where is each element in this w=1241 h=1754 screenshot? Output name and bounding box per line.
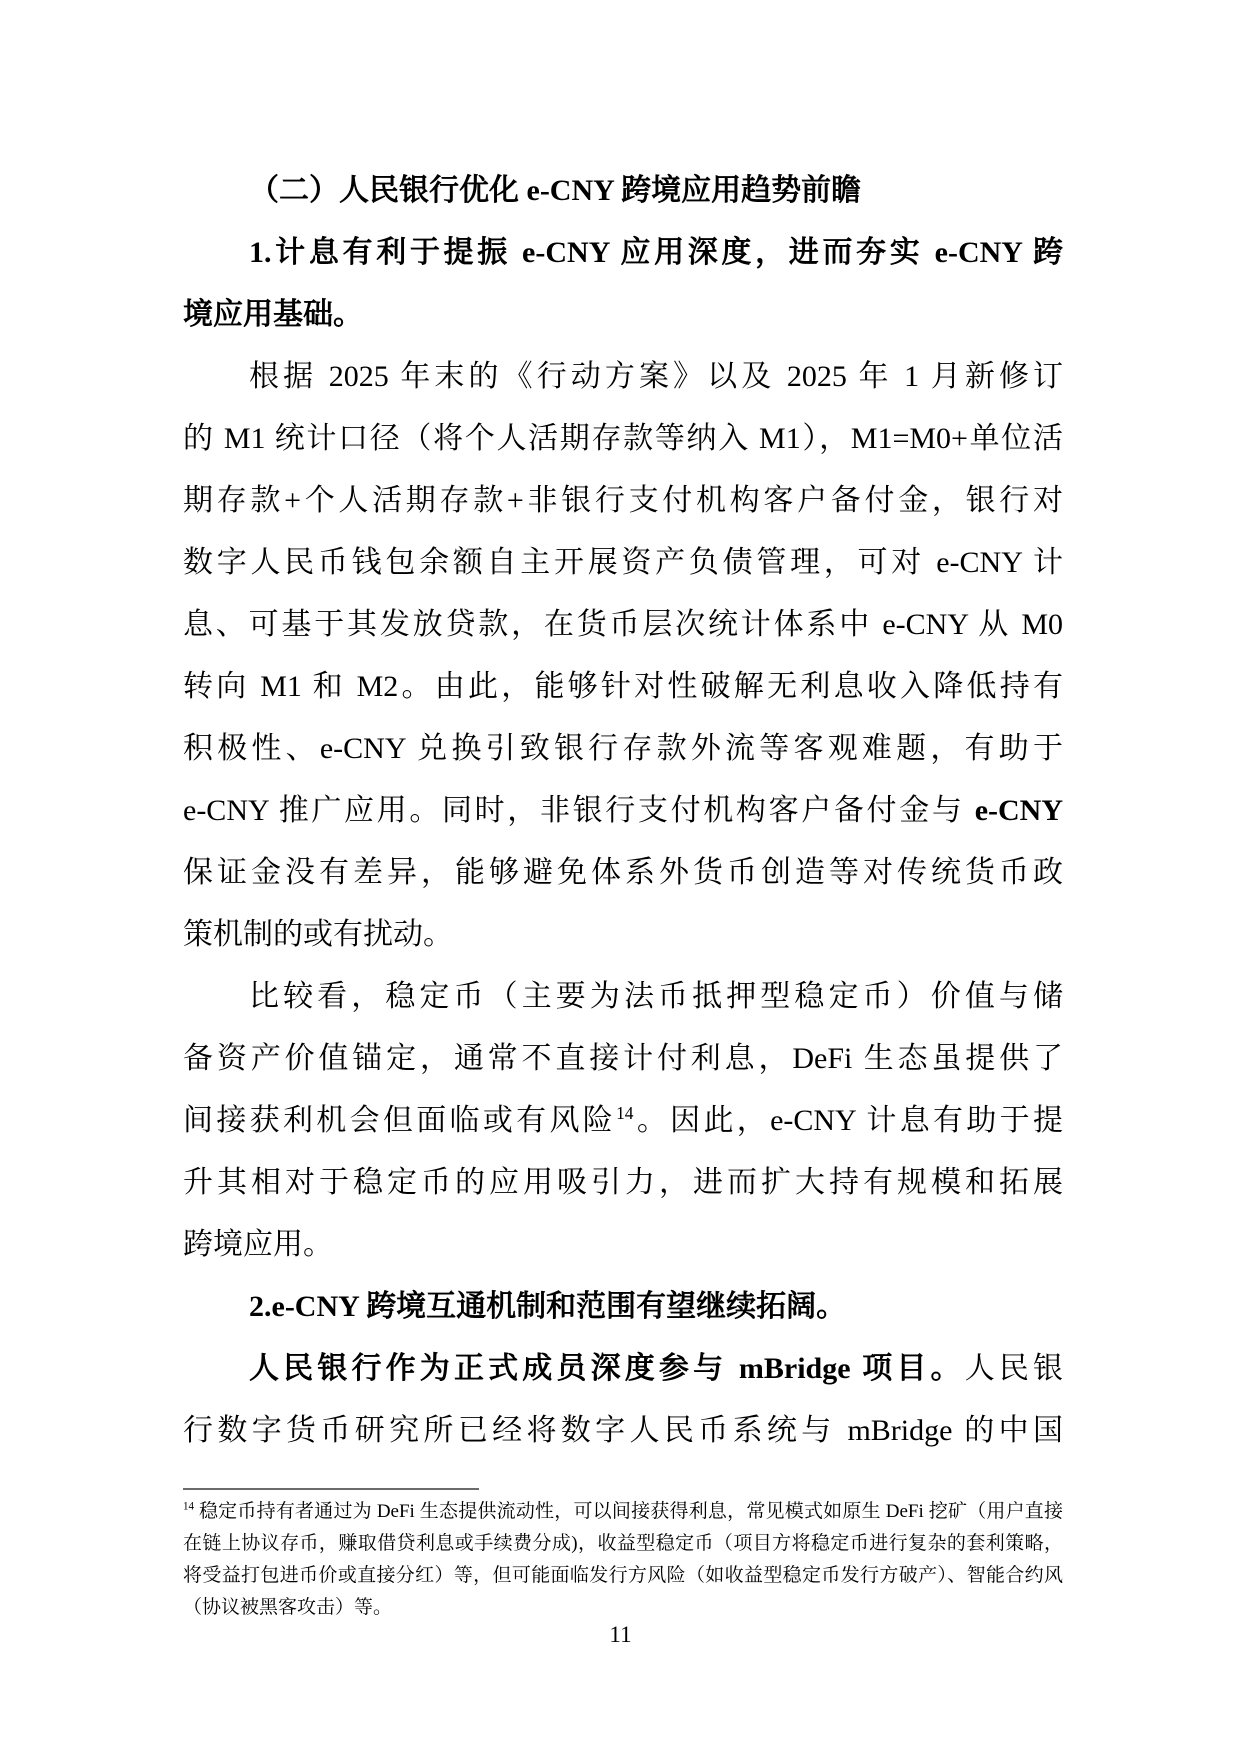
footnote-ref: 14 xyxy=(616,1103,633,1123)
heading-line: 1.计息有利于提振 e-CNY 应用深度，进而夯实 e-CNY 跨 xyxy=(183,222,1063,284)
text-segment: 2.e-CNY 跨境互通机制和范围有望继续拓阔。 xyxy=(249,1290,846,1323)
body-line: 息、可基于其发放贷款，在货币层次统计体系中 e-CNY 从 M0 xyxy=(183,594,1063,656)
page-number: 11 xyxy=(0,1620,1241,1650)
heading-line: 2.e-CNY 跨境互通机制和范围有望继续拓阔。 xyxy=(183,1276,1063,1338)
body-line: 间接获利机会但面临或有风险14。因此，e-CNY 计息有助于提 xyxy=(183,1090,1063,1152)
footnote-block: 14 稳定币持有者通过为 DeFi 生态提供流动性，可以间接获得利息，常见模式如… xyxy=(183,1496,1063,1624)
text-segment: 在链上协议存币，赚取借贷利息或手续费分成)，收益型稳定币（项目方将稳定币进行复杂… xyxy=(183,1533,1063,1560)
body-line: 备资产价值锚定，通常不直接计付利息，DeFi 生态虽提供了 xyxy=(183,1028,1063,1090)
body-line: 数字人民币钱包余额自主开展资产负债管理，可对 e-CNY 计 xyxy=(183,532,1063,594)
body-line: 在链上协议存币，赚取借贷利息或手续费分成)，收益型稳定币（项目方将稳定币进行复杂… xyxy=(183,1528,1063,1560)
text-segment: 跨境应用。 xyxy=(183,1228,333,1261)
body-line: 将受益打包进币价或直接分红）等，但可能面临发行方风险（如收益型稳定币发行方破产）… xyxy=(183,1560,1063,1592)
body-line: e-CNY 推广应用。同时，非银行支付机构客户备付金与 e-CNY xyxy=(183,780,1063,842)
body-line: 积极性、e-CNY 兑换引致银行存款外流等客观难题，有助于 xyxy=(183,718,1063,780)
body-line: 升其相对于稳定币的应用吸引力，进而扩大持有规模和拓展 xyxy=(183,1152,1063,1214)
footnote-ref: 14 xyxy=(183,1501,194,1513)
body-line: 根据 2025 年末的《行动方案》以及 2025 年 1 月新修订 xyxy=(183,346,1063,408)
text-segment: 境应用基础。 xyxy=(183,298,363,331)
body-line: 行数字货币研究所已经将数字人民币系统与 mBridge 的中国 xyxy=(183,1400,1063,1462)
heading-line: （二）人民银行优化 e-CNY 跨境应用趋势前瞻 xyxy=(183,160,1063,222)
text-segment: 将受益打包进币价或直接分红）等，但可能面临发行方风险（如收益型稳定币发行方破产）… xyxy=(183,1565,1063,1592)
text-segment: （协议被黑客攻击）等。 xyxy=(183,1597,392,1618)
text-segment: 稳定币持有者通过为 DeFi 生态提供流动性，可以间接获得利息，常见模式如原生 … xyxy=(194,1501,1063,1522)
text-segment: 息、可基于其发放贷款，在货币层次统计体系中 e-CNY 从 M0 xyxy=(183,608,1063,641)
text-segment: 期存款+个人活期存款+非银行支付机构客户备付金，银行对 xyxy=(183,484,1063,517)
document-body: （二）人民银行优化 e-CNY 跨境应用趋势前瞻1.计息有利于提振 e-CNY … xyxy=(183,160,1063,1462)
text-segment: 升其相对于稳定币的应用吸引力，进而扩大持有规模和拓展 xyxy=(183,1166,1063,1199)
text-segment: （二）人民银行优化 e-CNY 跨境应用趋势前瞻 xyxy=(249,174,861,207)
text-segment: 转向 M1 和 M2。由此，能够针对性破解无利息收入降低持有 xyxy=(183,670,1063,703)
footnote-separator xyxy=(183,1488,479,1490)
text-segment: e-CNY xyxy=(975,794,1063,827)
text-segment: 备资产价值锚定，通常不直接计付利息，DeFi 生态虽提供了 xyxy=(183,1042,1063,1075)
body-line: 转向 M1 和 M2。由此，能够针对性破解无利息收入降低持有 xyxy=(183,656,1063,718)
text-segment: 根据 2025 年末的《行动方案》以及 2025 年 1 月新修订 xyxy=(249,360,1063,393)
body-line: 期存款+个人活期存款+非银行支付机构客户备付金，银行对 xyxy=(183,470,1063,532)
text-segment: 间接获利机会但面临或有风险 xyxy=(183,1104,616,1137)
body-line: 14 稳定币持有者通过为 DeFi 生态提供流动性，可以间接获得利息，常见模式如… xyxy=(183,1496,1063,1528)
body-line: 的 M1 统计口径（将个人活期存款等纳入 M1），M1=M0+单位活 xyxy=(183,408,1063,470)
text-segment: 策机制的或有扰动。 xyxy=(183,918,453,951)
text-segment: 1.计息有利于提振 e-CNY 应用深度，进而夯实 e-CNY 跨 xyxy=(249,236,1063,269)
body-line: 跨境应用。 xyxy=(183,1214,1063,1276)
document-page: （二）人民银行优化 e-CNY 跨境应用趋势前瞻1.计息有利于提振 e-CNY … xyxy=(0,0,1241,1754)
body-line: 人民银行作为正式成员深度参与 mBridge 项目。人民银 xyxy=(183,1338,1063,1400)
text-segment: e-CNY 推广应用。同时，非银行支付机构客户备付金与 xyxy=(183,794,975,827)
body-line: 保证金没有差异，能够避免体系外货币创造等对传统货币政 xyxy=(183,842,1063,904)
text-segment: 保证金没有差异，能够避免体系外货币创造等对传统货币政 xyxy=(183,856,1063,889)
text-segment: 。因此，e-CNY 计息有助于提 xyxy=(634,1104,1064,1137)
text-segment: 人民银行作为正式成员深度参与 mBridge 项目。 xyxy=(249,1352,965,1385)
body-line: 策机制的或有扰动。 xyxy=(183,904,1063,966)
text-segment: 数字人民币钱包余额自主开展资产负债管理，可对 e-CNY 计 xyxy=(183,546,1063,579)
body-line: 比较看，稳定币（主要为法币抵押型稳定币）价值与储 xyxy=(183,966,1063,1028)
text-segment: 人民银 xyxy=(965,1352,1063,1385)
text-segment: 的 M1 统计口径（将个人活期存款等纳入 M1），M1=M0+单位活 xyxy=(183,422,1063,455)
text-segment: 积极性、e-CNY 兑换引致银行存款外流等客观难题，有助于 xyxy=(183,732,1063,765)
heading-line: 境应用基础。 xyxy=(183,284,1063,346)
text-segment: 行数字货币研究所已经将数字人民币系统与 mBridge 的中国 xyxy=(183,1414,1063,1447)
text-segment: 比较看，稳定币（主要为法币抵押型稳定币）价值与储 xyxy=(249,980,1063,1013)
